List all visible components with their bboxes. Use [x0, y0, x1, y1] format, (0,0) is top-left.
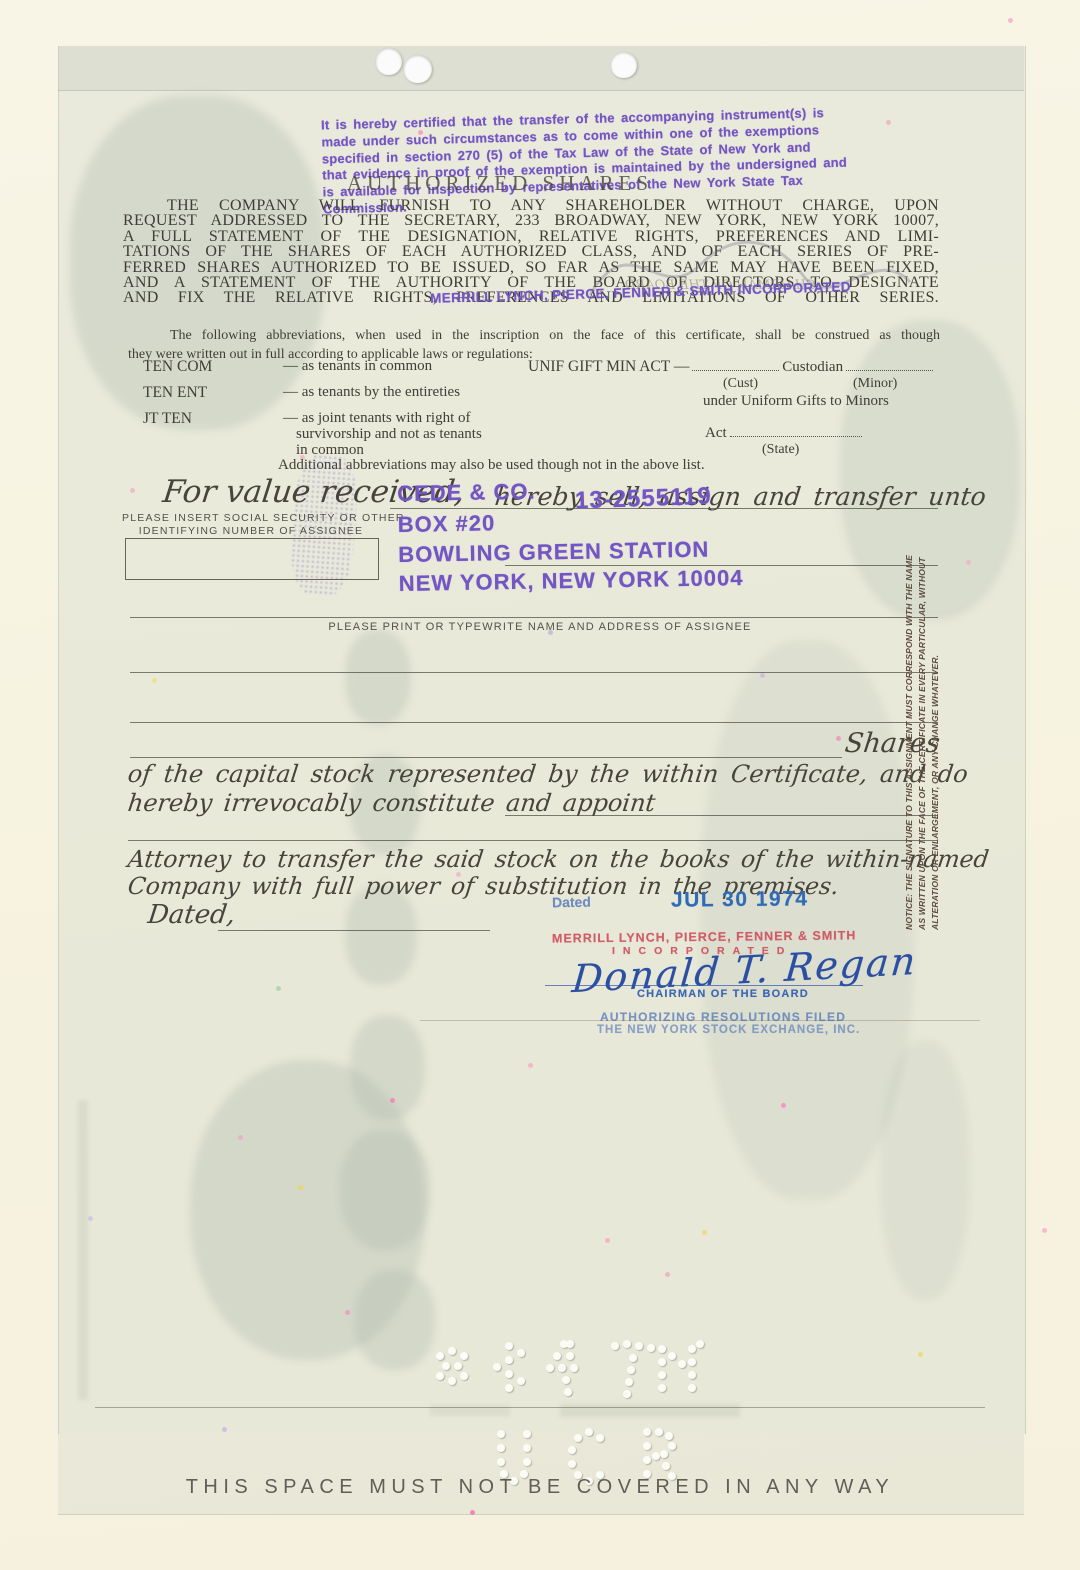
blank-line [130, 672, 938, 673]
appoint-script: hereby irrevocably constitute and appoin… [126, 789, 657, 817]
blank-line [505, 565, 938, 566]
authorizing-stamp-1: AUTHORIZING RESOLUTIONS FILED [600, 1010, 846, 1024]
dotted-leader [846, 370, 933, 371]
capital-stock-script: of the capital stock represented by the … [126, 760, 969, 788]
dotted-leader [730, 436, 862, 437]
attorney-script-1: Attorney to transfer the said stock on t… [126, 845, 990, 873]
ghost-strip-left [78, 1100, 88, 1400]
stock-certificate-back: It is hereby certified that the transfer… [0, 0, 1080, 1570]
ghost-rule-line [95, 1407, 985, 1408]
abbr-def-ten-com: — as tenants in common [283, 358, 432, 375]
unif-gift-label: UNIF GIFT MIN ACT — [528, 358, 689, 376]
minor-label: (Minor) [853, 376, 897, 392]
punch-hole [376, 48, 402, 75]
cede-line: BOWLING GREEN STATION [398, 536, 743, 568]
dated-script: Dated, [146, 900, 237, 930]
punch-hole [404, 55, 432, 83]
abbr-def-ten-ent: — as tenants by the entireties [283, 384, 460, 401]
signature-line-blue [545, 985, 863, 986]
dated-stamp-blue: Dated [552, 894, 591, 911]
act-label: Act [705, 425, 727, 442]
ghost-letter [345, 630, 411, 725]
attorney-name-line [505, 815, 938, 816]
custodian-label: Custodian [782, 359, 843, 376]
unif-gift-row: UNIF GIFT MIN ACT — Custodian [528, 358, 936, 376]
transfer-number-stamp: 13-2555119 [575, 483, 713, 516]
notice-line-1: NOTICE: THE SIGNATURE TO THIS ASSIGNMENT… [903, 505, 916, 930]
signature-notice-rotated: NOTICE: THE SIGNATURE TO THIS ASSIGNMENT… [903, 505, 947, 930]
ghost-signature-bleed [575, 210, 925, 320]
ghost-letter [355, 1270, 435, 1370]
under-gifts-label: under Uniform Gifts to Minors [703, 393, 889, 410]
act-row: Act [705, 425, 865, 442]
notice-line-2: AS WRITTEN UPON THE FACE OF THE CERTIFIC… [916, 505, 929, 930]
signature-notice: NOTICE: THE SIGNATURE TO THIS ASSIGNMENT… [903, 505, 947, 930]
ghost-letter [345, 885, 417, 985]
ssn-box [125, 538, 379, 580]
assignee-caption: PLEASE PRINT OR TYPEWRITE NAME AND ADDRE… [230, 621, 850, 633]
state-label: (State) [762, 442, 799, 458]
authorized-shares-heading: AUTHORIZED SHARES [290, 171, 710, 196]
ghost-letter [340, 1130, 430, 1250]
perforation-cancel-marks [0, 0, 8, 8]
ghost-mirrored-text [560, 1404, 740, 1417]
notice-line-3: ALTERATION OR ENLARGEMENT, OR ANY CHANGE… [929, 505, 942, 930]
abbrev-intro-line: The following abbreviations, when used i… [128, 327, 940, 346]
ssn-caption-2: IDENTIFYING NUMBER OF ASSIGNEE [122, 525, 380, 537]
ghost-letter [350, 1015, 425, 1120]
authorizing-stamp-2: THE NEW YORK STOCK EXCHANGE, INC. [597, 1024, 860, 1036]
dated-line [218, 930, 490, 931]
abbr-term-jt-ten: JT TEN [143, 410, 192, 428]
blank-line [128, 840, 938, 841]
dotted-leader [692, 370, 779, 371]
chairman-title-stamp: CHAIRMAN OF THE BOARD [637, 988, 809, 1000]
assignee-name-line [130, 617, 938, 618]
abbr-def-jt-ten-1: — as joint tenants with right of [283, 410, 470, 427]
shares-line [130, 757, 842, 758]
ssn-caption-1: PLEASE INSERT SOCIAL SECURITY OR OTHER [122, 512, 380, 524]
abbr-term-ten-ent: TEN ENT [143, 384, 207, 402]
punch-hole [611, 52, 637, 78]
footer-instruction: THIS SPACE MUST NOT BE COVERED IN ANY WA… [90, 1476, 990, 1499]
date-stamp: JUL 30 1974 [671, 887, 809, 912]
ghost-script-right [880, 1040, 970, 1300]
cust-label: (Cust) [723, 376, 758, 392]
ghost-bottom-band [58, 1434, 1024, 1515]
abbr-def-jt-ten-2: survivorship and not as tenants [296, 426, 482, 443]
blank-line [130, 722, 938, 723]
ghost-top-band [58, 46, 1024, 91]
abbr-term-ten-com: TEN COM [143, 358, 212, 376]
